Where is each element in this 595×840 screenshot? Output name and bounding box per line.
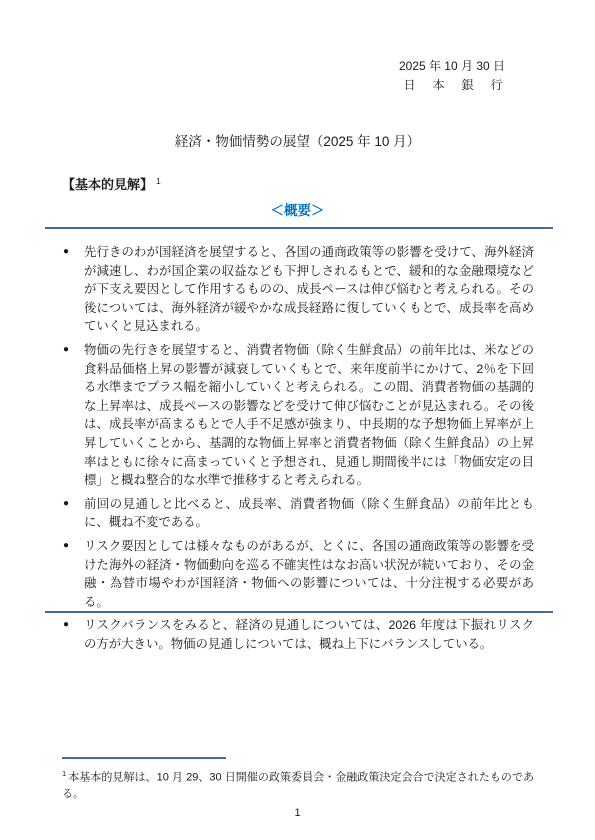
footnote: 1本基本的見解は、10 月 29、30 日開催の政策委員会・金融政策決定会合で決…: [62, 766, 534, 803]
bullet-text: 先行きのわが国経済を展望すると、各国の通商政策等の影響を受けて、海外経済が減速し…: [84, 245, 534, 333]
footnote-reference-mark: 1: [156, 176, 161, 186]
overview-heading: ＜概要＞: [0, 199, 595, 219]
document-date: 2025 年 10 月 30 日: [399, 57, 505, 76]
report-title: 経済・物価情勢の展望（2025 年 10 月）: [0, 130, 595, 150]
section-label: 【基本的見解】1: [62, 174, 161, 193]
footnote-separator-line: [62, 757, 226, 759]
footnote-number: 1: [62, 769, 66, 778]
bullet-text: 物価の先行きを展望すると、消費者物価（除く生鮮食品）の前年比は、米などの食料品価…: [84, 343, 534, 487]
bullet-item-economy-outlook: ● 先行きのわが国経済を展望すると、各国の通商政策等の影響を受けて、海外経済が減…: [62, 243, 534, 336]
date-block: 2025 年 10 月 30 日 日 本 銀 行: [399, 57, 505, 95]
footnote-text: 本基本的見解は、10 月 29、30 日開催の政策委員会・金融政策決定会合で決定…: [62, 772, 534, 801]
bottom-divider-line: [45, 611, 553, 613]
bullet-item-price-outlook: ● 物価の先行きを展望すると、消費者物価（除く生鮮食品）の前年比は、米などの食料…: [62, 341, 534, 490]
document-page: 2025 年 10 月 30 日 日 本 銀 行 経済・物価情勢の展望（2025…: [0, 0, 595, 840]
top-divider-line: [45, 227, 553, 229]
section-label-text: 【基本的見解】: [62, 177, 153, 192]
bullet-item-risk-balance: ● リスクバランスをみると、経済の見通しについては、2026 年度は下振れリスク…: [62, 616, 534, 653]
bullet-item-risk-factors: ● リスク要因としては様々なものがあるが、とくに、各国の通商政策等の影響を受けた…: [62, 537, 534, 611]
organization-name: 日 本 銀 行: [399, 76, 505, 95]
bullet-icon: ●: [63, 495, 69, 514]
bullet-item-comparison-previous: ● 前回の見通しと比べると、成長率、消費者物価（除く生鮮食品）の前年比ともに、概…: [62, 495, 534, 532]
bullet-text: 前回の見通しと比べると、成長率、消費者物価（除く生鮮食品）の前年比ともに、概ね不…: [84, 497, 534, 530]
bullet-icon: ●: [63, 616, 69, 635]
bullet-icon: ●: [63, 537, 69, 556]
bullet-text: リスク要因としては様々なものがあるが、とくに、各国の通商政策等の影響を受けた海外…: [84, 539, 534, 609]
bullet-text: リスクバランスをみると、経済の見通しについては、2026 年度は下振れリスクの方…: [84, 618, 534, 651]
page-number: 1: [0, 807, 595, 819]
bullet-icon: ●: [63, 243, 69, 262]
bullet-icon: ●: [63, 341, 69, 360]
summary-bullet-list: ● 先行きのわが国経済を展望すると、各国の通商政策等の影響を受けて、海外経済が減…: [62, 243, 534, 658]
